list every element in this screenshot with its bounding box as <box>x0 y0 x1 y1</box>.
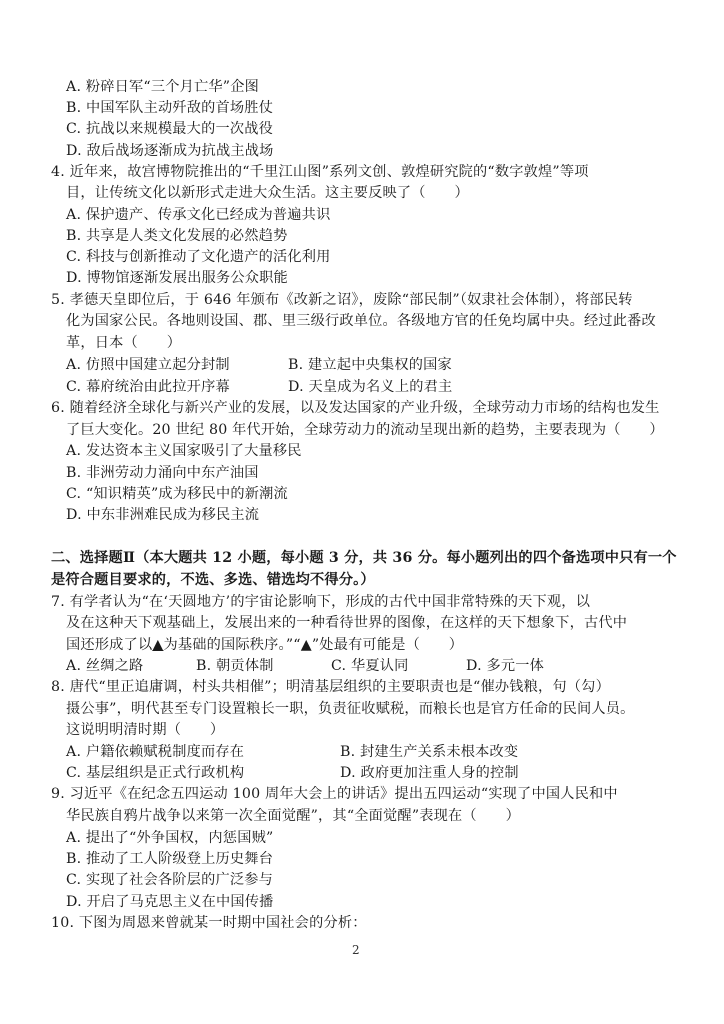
q6-option-d: D. 中东非洲难民成为移民主流 <box>66 505 259 525</box>
q9-stem-line1: 9. 习近平《在纪念五四运动 100 周年大会上的讲话》提出五四运动“实现了中国… <box>51 784 618 804</box>
section-2-heading-line1: 二、选择题Ⅱ（本大题共 12 小题，每小题 3 分，共 36 分。每小题列出的四… <box>51 548 677 568</box>
q9-option-c: C. 实现了社会各阶层的广泛参与 <box>66 870 273 890</box>
triangle-blank-icon: ▲ <box>152 637 163 653</box>
q7-stem-line2: 及在这种天下观基础上，发展出来的一种看待世界的图像，在这样的天下想象下，古代中 <box>66 613 627 633</box>
q7-stem-line3-part1: 国还形成了以 <box>66 637 152 653</box>
exam-page: A. 粉碎日军“三个月亡华”企图 B. 中国军队主动歼敌的首场胜仗 C. 抗战以… <box>0 0 724 1024</box>
q10-stem-line1: 10. 下图为周恩来曾就某一时期中国社会的分析： <box>51 913 367 933</box>
q3-option-b: B. 中国军队主动歼敌的首场胜仗 <box>66 98 273 118</box>
q6-option-a: A. 发达资本主义国家吸引了大量移民 <box>66 441 302 461</box>
q6-option-b: B. 非洲劳动力涌向中东产油国 <box>66 463 259 483</box>
q4-option-d: D. 博物馆逐渐发展出服务公众职能 <box>66 268 288 288</box>
q4-option-c: C. 科技与创新推动了文化遗产的活化利用 <box>66 247 331 267</box>
q7-option-d: D. 多元一体 <box>466 656 544 676</box>
q5-stem-line1: 5. 孝德天皇即位后，于 646 年颁布《改新之诏》，废除“部民制”（奴隶社会体… <box>51 290 633 310</box>
q7-option-b: B. 朝贡体制 <box>196 656 274 676</box>
q7-stem-line1: 7. 有学者认为“在‘天圆地方’的宇宙论影响下，形成的古代中国非常特殊的天下观，… <box>51 592 590 612</box>
q3-option-c: C. 抗战以来规模最大的一次战役 <box>66 119 273 139</box>
q9-option-a: A. 提出了“外争国权，内惩国贼” <box>66 828 273 848</box>
q5-option-d: D. 天皇成为名义上的君主 <box>288 377 452 397</box>
q5-option-b: B. 建立起中央集权的国家 <box>288 355 452 375</box>
q7-option-a: A. 丝绸之路 <box>66 656 143 676</box>
q4-option-b: B. 共享是人类文化发展的必然趋势 <box>66 226 287 246</box>
q5-stem-line2: 化为国家公民。各地则设国、郡、里三级行政单位。各级地方官的任免均属中央。经过此番… <box>66 311 656 331</box>
q4-stem-line2: 目，让传统文化以新形式走进大众生活。这主要反映了（ ） <box>66 183 469 203</box>
q3-option-d: D. 敌后战场逐渐成为抗战主战场 <box>66 141 274 161</box>
q8-option-d: D. 政府更加注重人身的控制 <box>340 763 519 783</box>
page-number: 2 <box>352 943 360 957</box>
q7-stem-line3: 国还形成了以▲为基础的国际秩序。”“▲”处最有可能是（ ） <box>66 635 463 655</box>
q8-stem-line2: 摄公事”，明代甚至专门设置粮长一职，负责征收赋税，而粮长也是官方任命的民间人员。 <box>66 699 635 719</box>
q8-stem-line3: 这说明明清时期（ ） <box>66 720 224 740</box>
q5-option-a: A. 仿照中国建立起分封制 <box>66 355 230 375</box>
q5-option-c: C. 幕府统治由此拉开序幕 <box>66 377 230 397</box>
q4-option-a: A. 保护遗产、传承文化已经成为普遍共识 <box>66 205 330 225</box>
q5-stem-line3: 革，日本（ ） <box>66 333 181 353</box>
q9-stem-line2: 华民族自鸦片战争以来第一次全面觉醒”，其“全面觉醒”表现在（ ） <box>66 806 520 826</box>
q9-option-b: B. 推动了工人阶级登上历史舞台 <box>66 849 273 869</box>
q7-stem-line3-part2: 为基础的国际秩序。”“▲”处最有可能是（ ） <box>163 637 463 653</box>
q6-option-c: C. “知识精英”成为移民中的新潮流 <box>66 484 288 504</box>
q9-option-d: D. 开启了马克思主义在中国传播 <box>66 892 274 912</box>
q8-option-b: B. 封建生产关系未根本改变 <box>340 742 518 762</box>
q7-option-c: C. 华夏认同 <box>331 656 409 676</box>
q8-stem-line1: 8. 唐代“里正追庸调，村头共相催”；明清基层组织的主要职责也是“催办钱粮，句（… <box>51 677 610 697</box>
section-2-heading-line2: 是符合题目要求的，不选、多选、错选均不得分。） <box>51 570 375 590</box>
q3-option-a: A. 粉碎日军“三个月亡华”企图 <box>66 77 259 97</box>
q8-option-a: A. 户籍依赖赋税制度而存在 <box>66 742 244 762</box>
q4-stem-line1: 4. 近年来，故宫博物院推出的“千里江山图”系列文创、敦煌研究院的“数字敦煌”等… <box>51 162 589 182</box>
q8-option-c: C. 基层组织是正式行政机构 <box>66 763 244 783</box>
q6-stem-line2: 了巨大变化。20 世纪 80 年代开始，全球劳动力的流动呈现出新的趋势，主要表现… <box>66 420 664 440</box>
q6-stem-line1: 6. 随着经济全球化与新兴产业的发展，以及发达国家的产业升级，全球劳动力市场的结… <box>51 398 660 418</box>
